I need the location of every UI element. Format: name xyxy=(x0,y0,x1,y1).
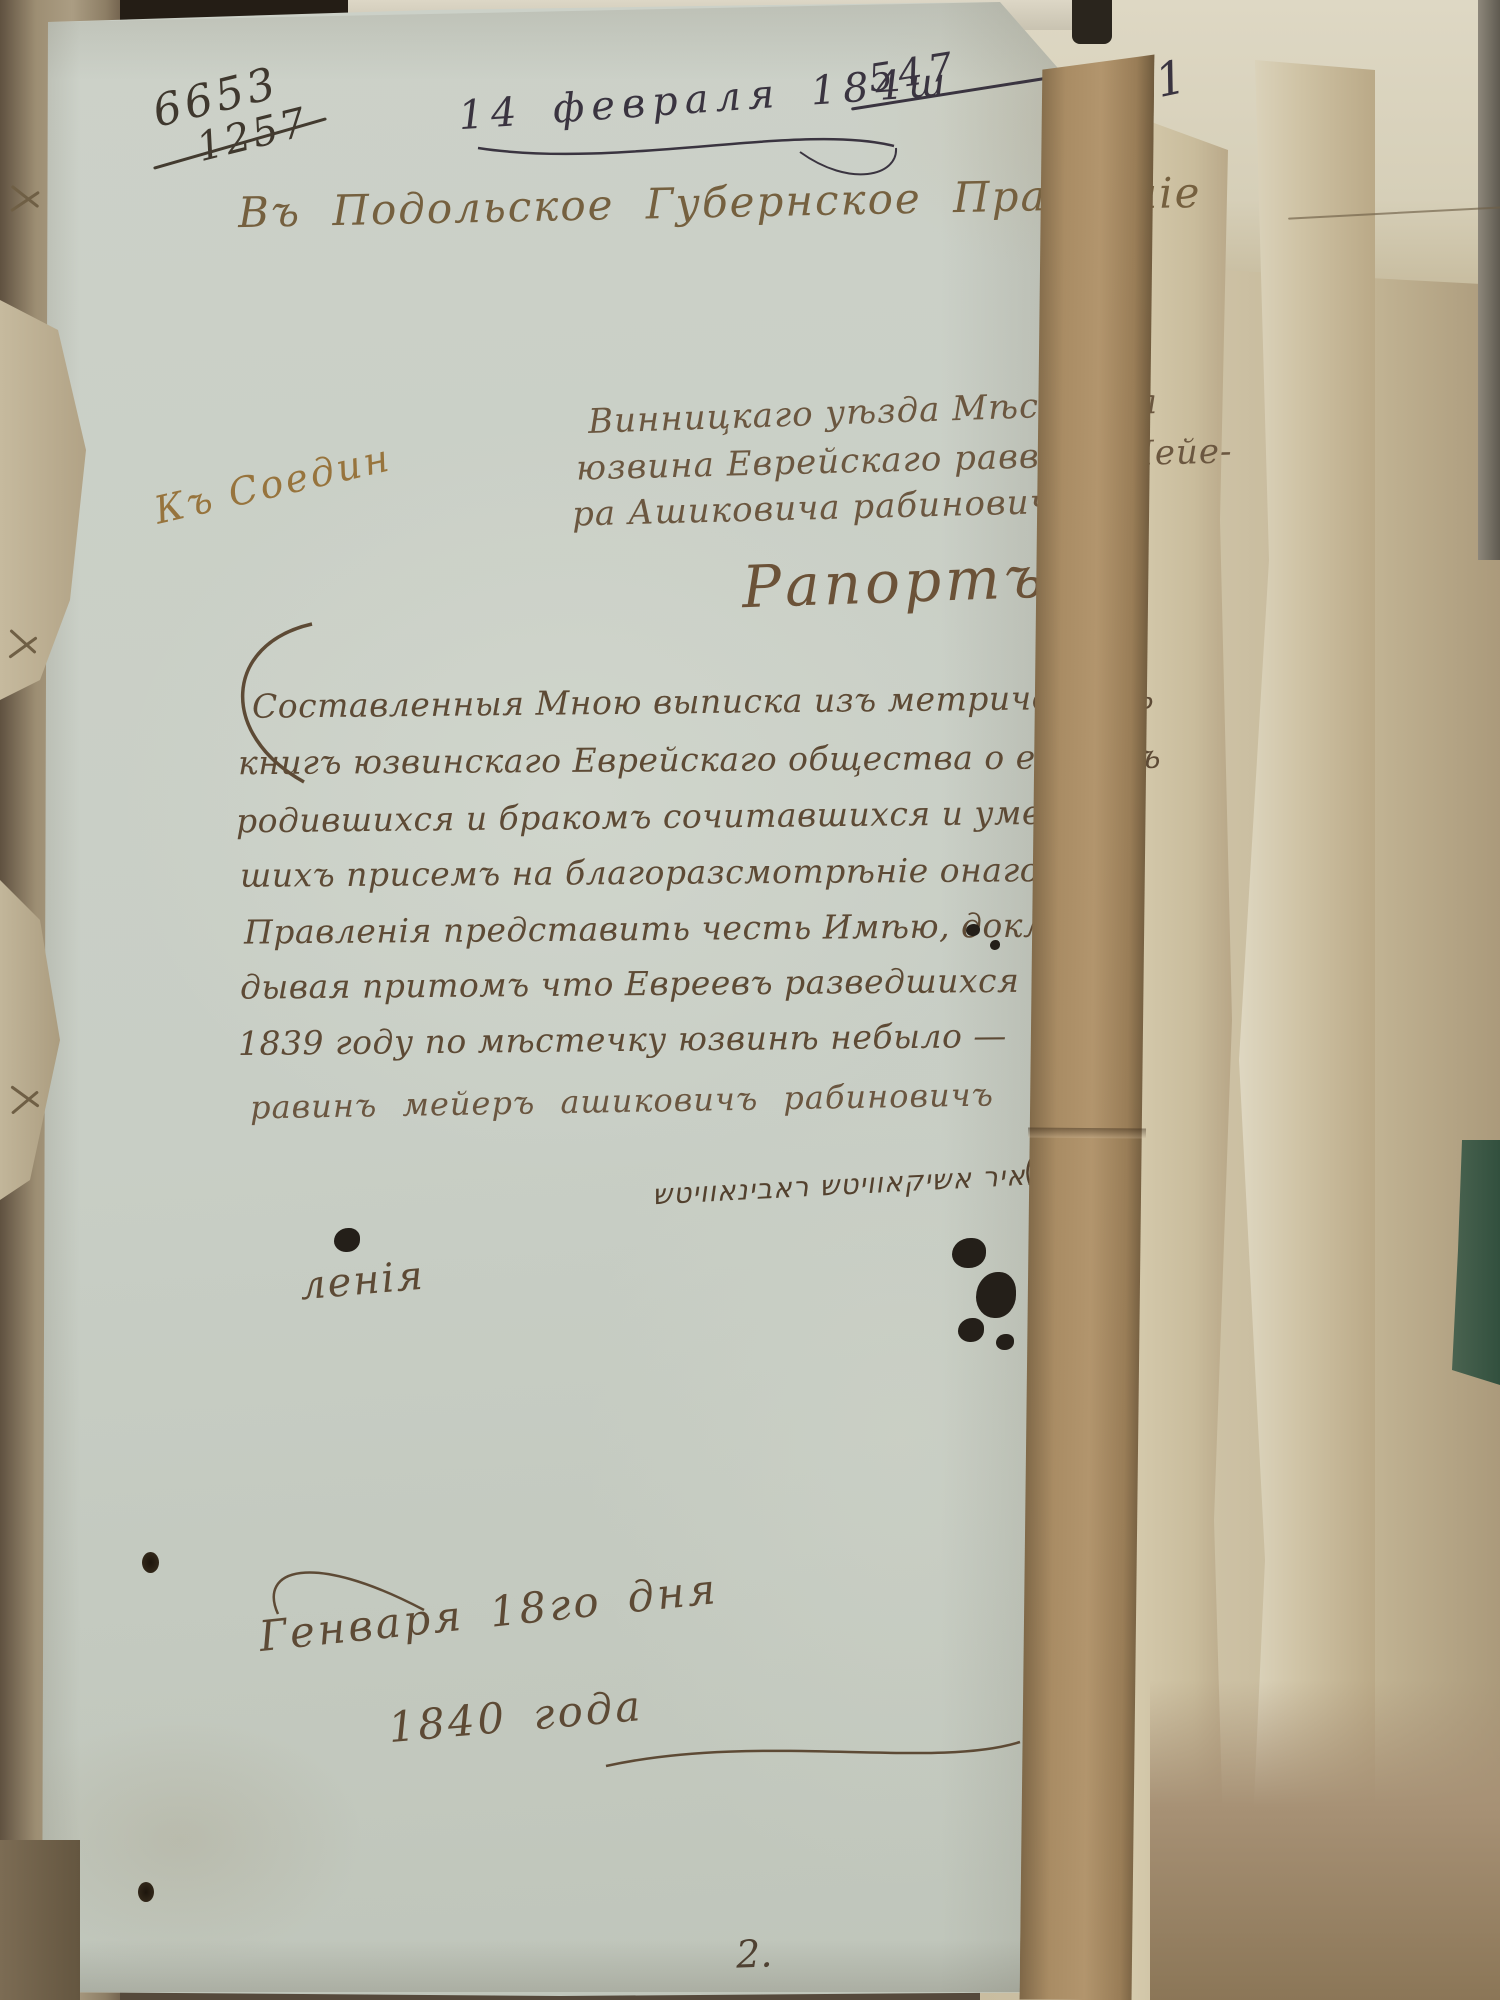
photo-canvas: 6653 1257 14 февраля 184ш 547 571 Въ Под… xyxy=(0,0,1500,2000)
body-line: книгъ юзвинскаго Еврейскаго общества о е… xyxy=(238,737,1161,782)
ink-blot xyxy=(334,1228,360,1252)
cardboard-crease xyxy=(1028,1127,1146,1138)
ink-blot xyxy=(958,1318,984,1342)
ink-blot xyxy=(976,1272,1016,1318)
worm-hole xyxy=(142,1552,159,1573)
report-title: Рапортъ xyxy=(741,543,1048,622)
ink-blot xyxy=(952,1238,986,1268)
page-number: 2. xyxy=(735,1931,773,1976)
body-line: дывая притомъ что Евреевъ разведшихся въ xyxy=(240,960,1073,1006)
book-edge-shadow xyxy=(1478,0,1500,560)
body-line: Правленія представить честь Имѣю, докла- xyxy=(244,905,1077,951)
ink-blot xyxy=(990,940,1000,950)
ink-blot xyxy=(966,924,980,936)
cardboard-strip xyxy=(1020,54,1155,2000)
body-line: шихъ присемъ на благоразсмотрѣніе онаго xyxy=(240,850,1040,895)
torn-binding-paper xyxy=(0,1840,80,2000)
worm-hole xyxy=(138,1882,154,1902)
underlying-pages-bottom xyxy=(1150,1680,1500,2000)
date-underline-flourish xyxy=(470,118,900,178)
ink-blot xyxy=(996,1334,1014,1350)
body-line: 1839 году по мѣстечку юзвинѣ небыло — xyxy=(238,1016,1007,1063)
binding-notch xyxy=(1072,0,1112,44)
date-tail-flourish xyxy=(600,1722,1030,1792)
